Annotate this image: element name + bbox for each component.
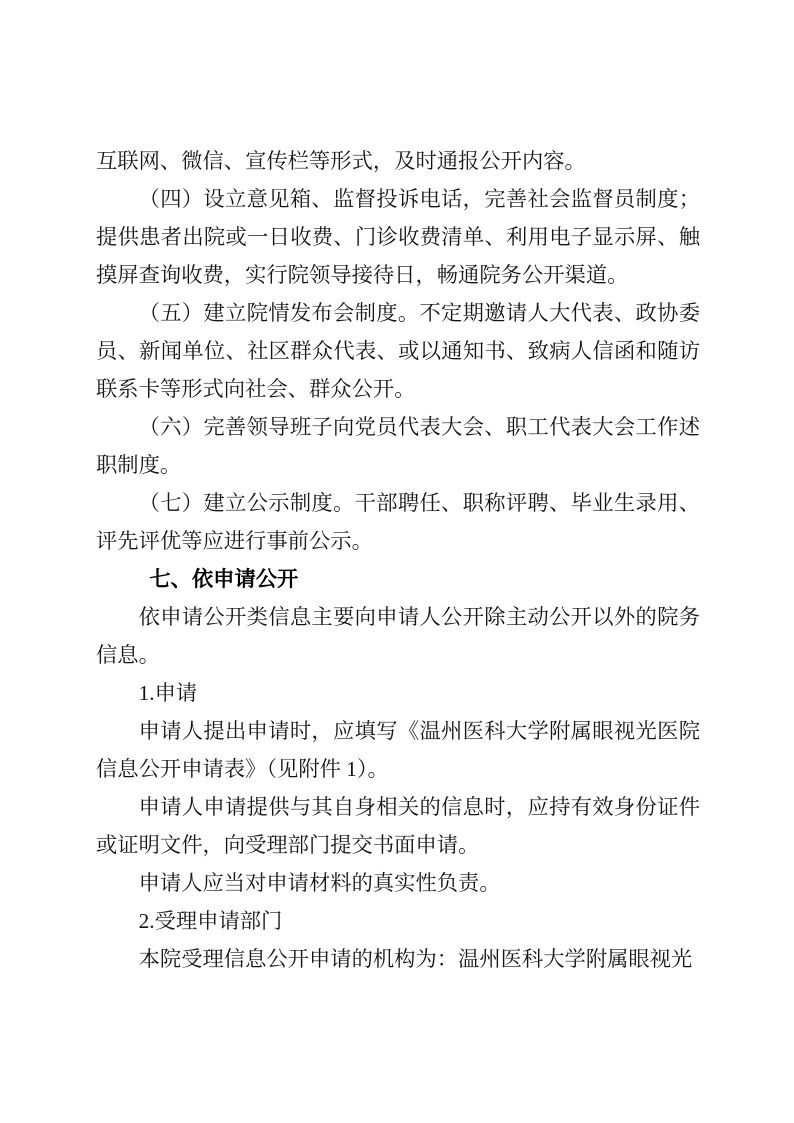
document-body: 互联网、微信、宣传栏等形式，及时通报公开内容。（四）设立意见箱、监督投诉电话，完…	[96, 142, 700, 978]
paragraph: 本院受理信息公开申请的机构为：温州医科大学附属眼视光	[96, 940, 700, 978]
document-page: 互联网、微信、宣传栏等形式，及时通报公开内容。（四）设立意见箱、监督投诉电话，完…	[0, 0, 794, 1123]
paragraph: 1.申请	[96, 674, 700, 712]
paragraph: 依申请公开类信息主要向申请人公开除主动公开以外的院务信息。	[96, 598, 700, 674]
section-heading: 七、依申请公开	[96, 560, 700, 598]
paragraph: 申请人应当对申请材料的真实性负责。	[96, 864, 700, 902]
paragraph: 申请人提出申请时，应填写《温州医科大学附属眼视光医院信息公开申请表》（见附件 1…	[96, 712, 700, 788]
paragraph: （六）完善领导班子向党员代表大会、职工代表大会工作述职制度。	[96, 408, 700, 484]
paragraph: 2.受理申请部门	[96, 902, 700, 940]
paragraph: （七）建立公示制度。干部聘任、职称评聘、毕业生录用、评先评优等应进行事前公示。	[96, 484, 700, 560]
paragraph: 互联网、微信、宣传栏等形式，及时通报公开内容。	[96, 142, 700, 180]
paragraph: （四）设立意见箱、监督投诉电话，完善社会监督员制度；提供患者出院或一日收费、门诊…	[96, 180, 700, 294]
paragraph: （五）建立院情发布会制度。不定期邀请人大代表、政协委员、新闻单位、社区群众代表、…	[96, 294, 700, 408]
paragraph: 申请人申请提供与其自身相关的信息时，应持有效身份证件或证明文件，向受理部门提交书…	[96, 788, 700, 864]
